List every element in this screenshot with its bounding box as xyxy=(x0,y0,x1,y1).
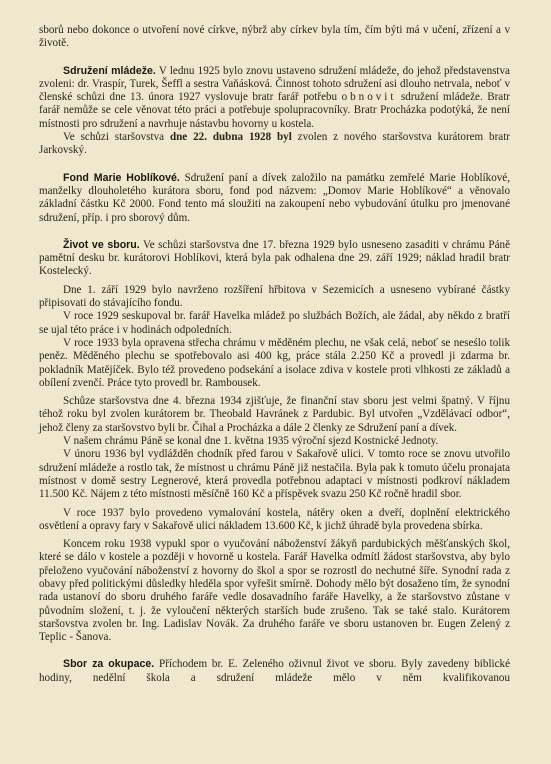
section-gap xyxy=(39,225,510,239)
section-heading: Život ve sboru. xyxy=(63,239,140,251)
paragraph-sdruzeni-mladeze: Sdružení mládeže. V lednu 1925 bylo znov… xyxy=(39,65,510,131)
text-run: V roce 1929 seskupoval br. farář Havelka… xyxy=(39,310,510,335)
text-run: Ve schůzi staršovstva xyxy=(63,131,170,143)
text-run: V našem chrámu Páně se konal dne 1. květ… xyxy=(63,435,438,447)
paragraph-mladez-1929: V roce 1929 seskupoval br. farář Havelka… xyxy=(39,310,510,337)
paragraph-jarkovsky: Ve schůzi staršovstva dne 22. dubna 1928… xyxy=(39,131,510,158)
text-run: Dne 1. září 1929 bylo navrženo rozšíření… xyxy=(39,284,510,309)
paragraph-intro-tail: sborů nebo dokonce o utvoření nové církv… xyxy=(39,24,510,51)
paragraph-chodnik-1936: V únoru 1936 byl vydlážděn chodník před … xyxy=(39,448,510,501)
text-run: sborů nebo dokonce o utvoření nové církv… xyxy=(39,24,510,49)
section-heading: Sdružení mládeže. xyxy=(63,65,156,77)
text-run: Schůze staršovstva dne 4. března 1934 zj… xyxy=(39,395,510,434)
paragraph-sjezd-1935: V našem chrámu Páně se konal dne 1. květ… xyxy=(39,435,510,448)
bold-text: dne 22. dubna 1928 byl xyxy=(170,131,292,143)
paragraph-schuze-1934: Schůze staršovstva dne 4. března 1934 zj… xyxy=(39,395,510,435)
text-run: Koncem roku 1938 vypukl spor o vyučování… xyxy=(39,538,510,643)
paragraph-sbor-za-okupace: Sbor za okupace. Příchodem br. E. Zelené… xyxy=(39,658,510,685)
paragraph-spor-1938: Koncem roku 1938 vypukl spor o vyučování… xyxy=(39,538,510,644)
emphasized-text: obnovit xyxy=(342,91,397,103)
section-heading: Fond Marie Hoblíkové. xyxy=(63,172,180,184)
text-run: V roce 1933 byla opravena střecha chrámu… xyxy=(39,337,510,389)
paragraph-strecha-1933: V roce 1933 byla opravena střecha chrámu… xyxy=(39,337,510,390)
section-gap xyxy=(39,644,510,658)
paragraph-malovani-1937: V roce 1937 bylo provedeno vymalování ko… xyxy=(39,507,510,534)
document-page: sborů nebo dokonce o utvoření nové církv… xyxy=(39,24,510,685)
paragraph-fond-marie-hoblikove: Fond Marie Hoblíkové. Sdružení paní a dí… xyxy=(39,172,510,225)
paragraph-zivot-ve-sboru: Život ve sboru. Ve schůzi staršovstva dn… xyxy=(39,239,510,279)
text-run: V roce 1937 bylo provedeno vymalování ko… xyxy=(39,507,510,532)
text-run: V únoru 1936 byl vydlážděn chodník před … xyxy=(39,448,510,500)
section-heading: Sbor za okupace. xyxy=(63,658,154,670)
paragraph-hrbitov: Dne 1. září 1929 bylo navrženo rozšíření… xyxy=(39,284,510,311)
section-gap xyxy=(39,158,510,172)
section-gap xyxy=(39,51,510,65)
